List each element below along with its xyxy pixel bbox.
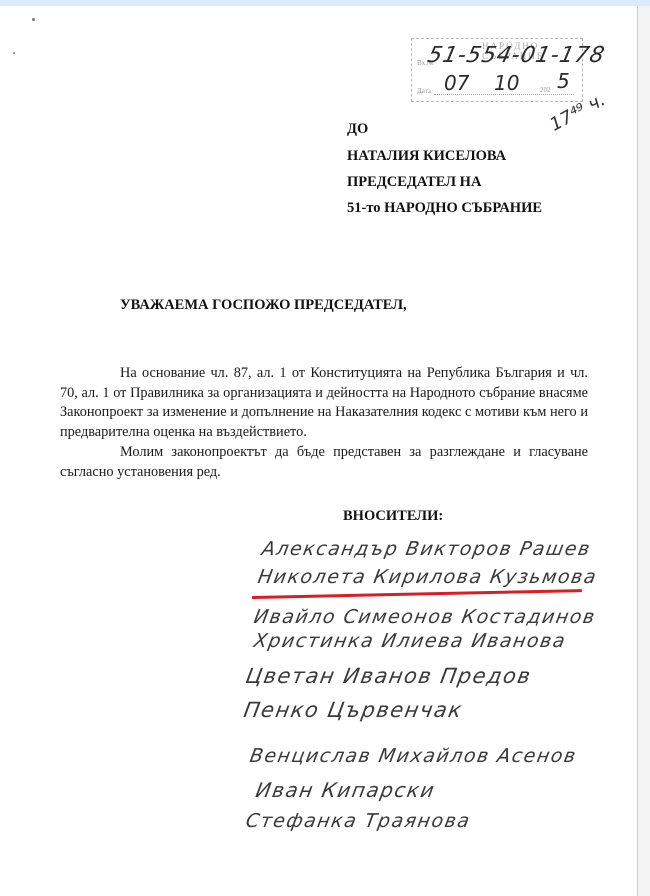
paragraph-text: Молим законопроектът да бъде представен … <box>60 443 588 482</box>
signature: Венцислав Михайлов Асенов <box>248 745 579 767</box>
registry-stamp: НАРОДНО СЪБРАНИЕ Вх.№ 51-554-01-178 Дата… <box>411 38 583 102</box>
signature: Христинка Илиева Иванова <box>252 630 568 652</box>
addressee-institution: 51-то НАРОДНО СЪБРАНИЕ <box>347 200 542 217</box>
signature: Стефанка Траянова <box>244 810 473 832</box>
stamp-month: 10 <box>494 71 519 95</box>
stamp-year-prefix: 202 <box>540 86 551 94</box>
addressee-name: НАТАЛИЯ КИСЕЛОВА <box>347 148 506 165</box>
stamp-registration-number: 51-554-01-178 <box>425 43 607 68</box>
viewer-scrollbar-gutter[interactable] <box>637 6 650 896</box>
signature: Иван Кипарски <box>254 778 437 802</box>
addressee-position: ПРЕДСЕДАТЕЛ НА <box>347 174 481 191</box>
body-paragraph-2: Молим законопроектът да бъде представен … <box>60 443 588 482</box>
signature: Пенко Цървенчак <box>242 698 465 722</box>
submitters-title: ВНОСИТЕЛИ: <box>343 508 443 525</box>
stamp-day: 07 <box>444 71 469 95</box>
addressee-line-to: ДО <box>347 121 368 138</box>
paragraph-text: На основание чл. 87, ал. 1 от Конституци… <box>60 364 588 442</box>
signature: Александър Викторов Рашев <box>260 538 593 560</box>
signature: Ивайло Симеонов Костадинов <box>252 606 598 628</box>
salutation: УВАЖАЕМА ГОСПОЖО ПРЕДСЕДАТЕЛ, <box>120 297 407 314</box>
signature-struck: Николета Кирилова Кузьмова <box>256 566 599 588</box>
stamp-year-suffix: 5 <box>557 69 570 93</box>
body-paragraph-1: На основание чл. 87, ал. 1 от Конституци… <box>60 364 588 442</box>
signature: Цветан Иванов Предов <box>244 664 534 688</box>
scan-speck <box>13 52 15 54</box>
scan-speck <box>32 18 35 21</box>
stamp-date-label: Дата <box>417 87 431 95</box>
